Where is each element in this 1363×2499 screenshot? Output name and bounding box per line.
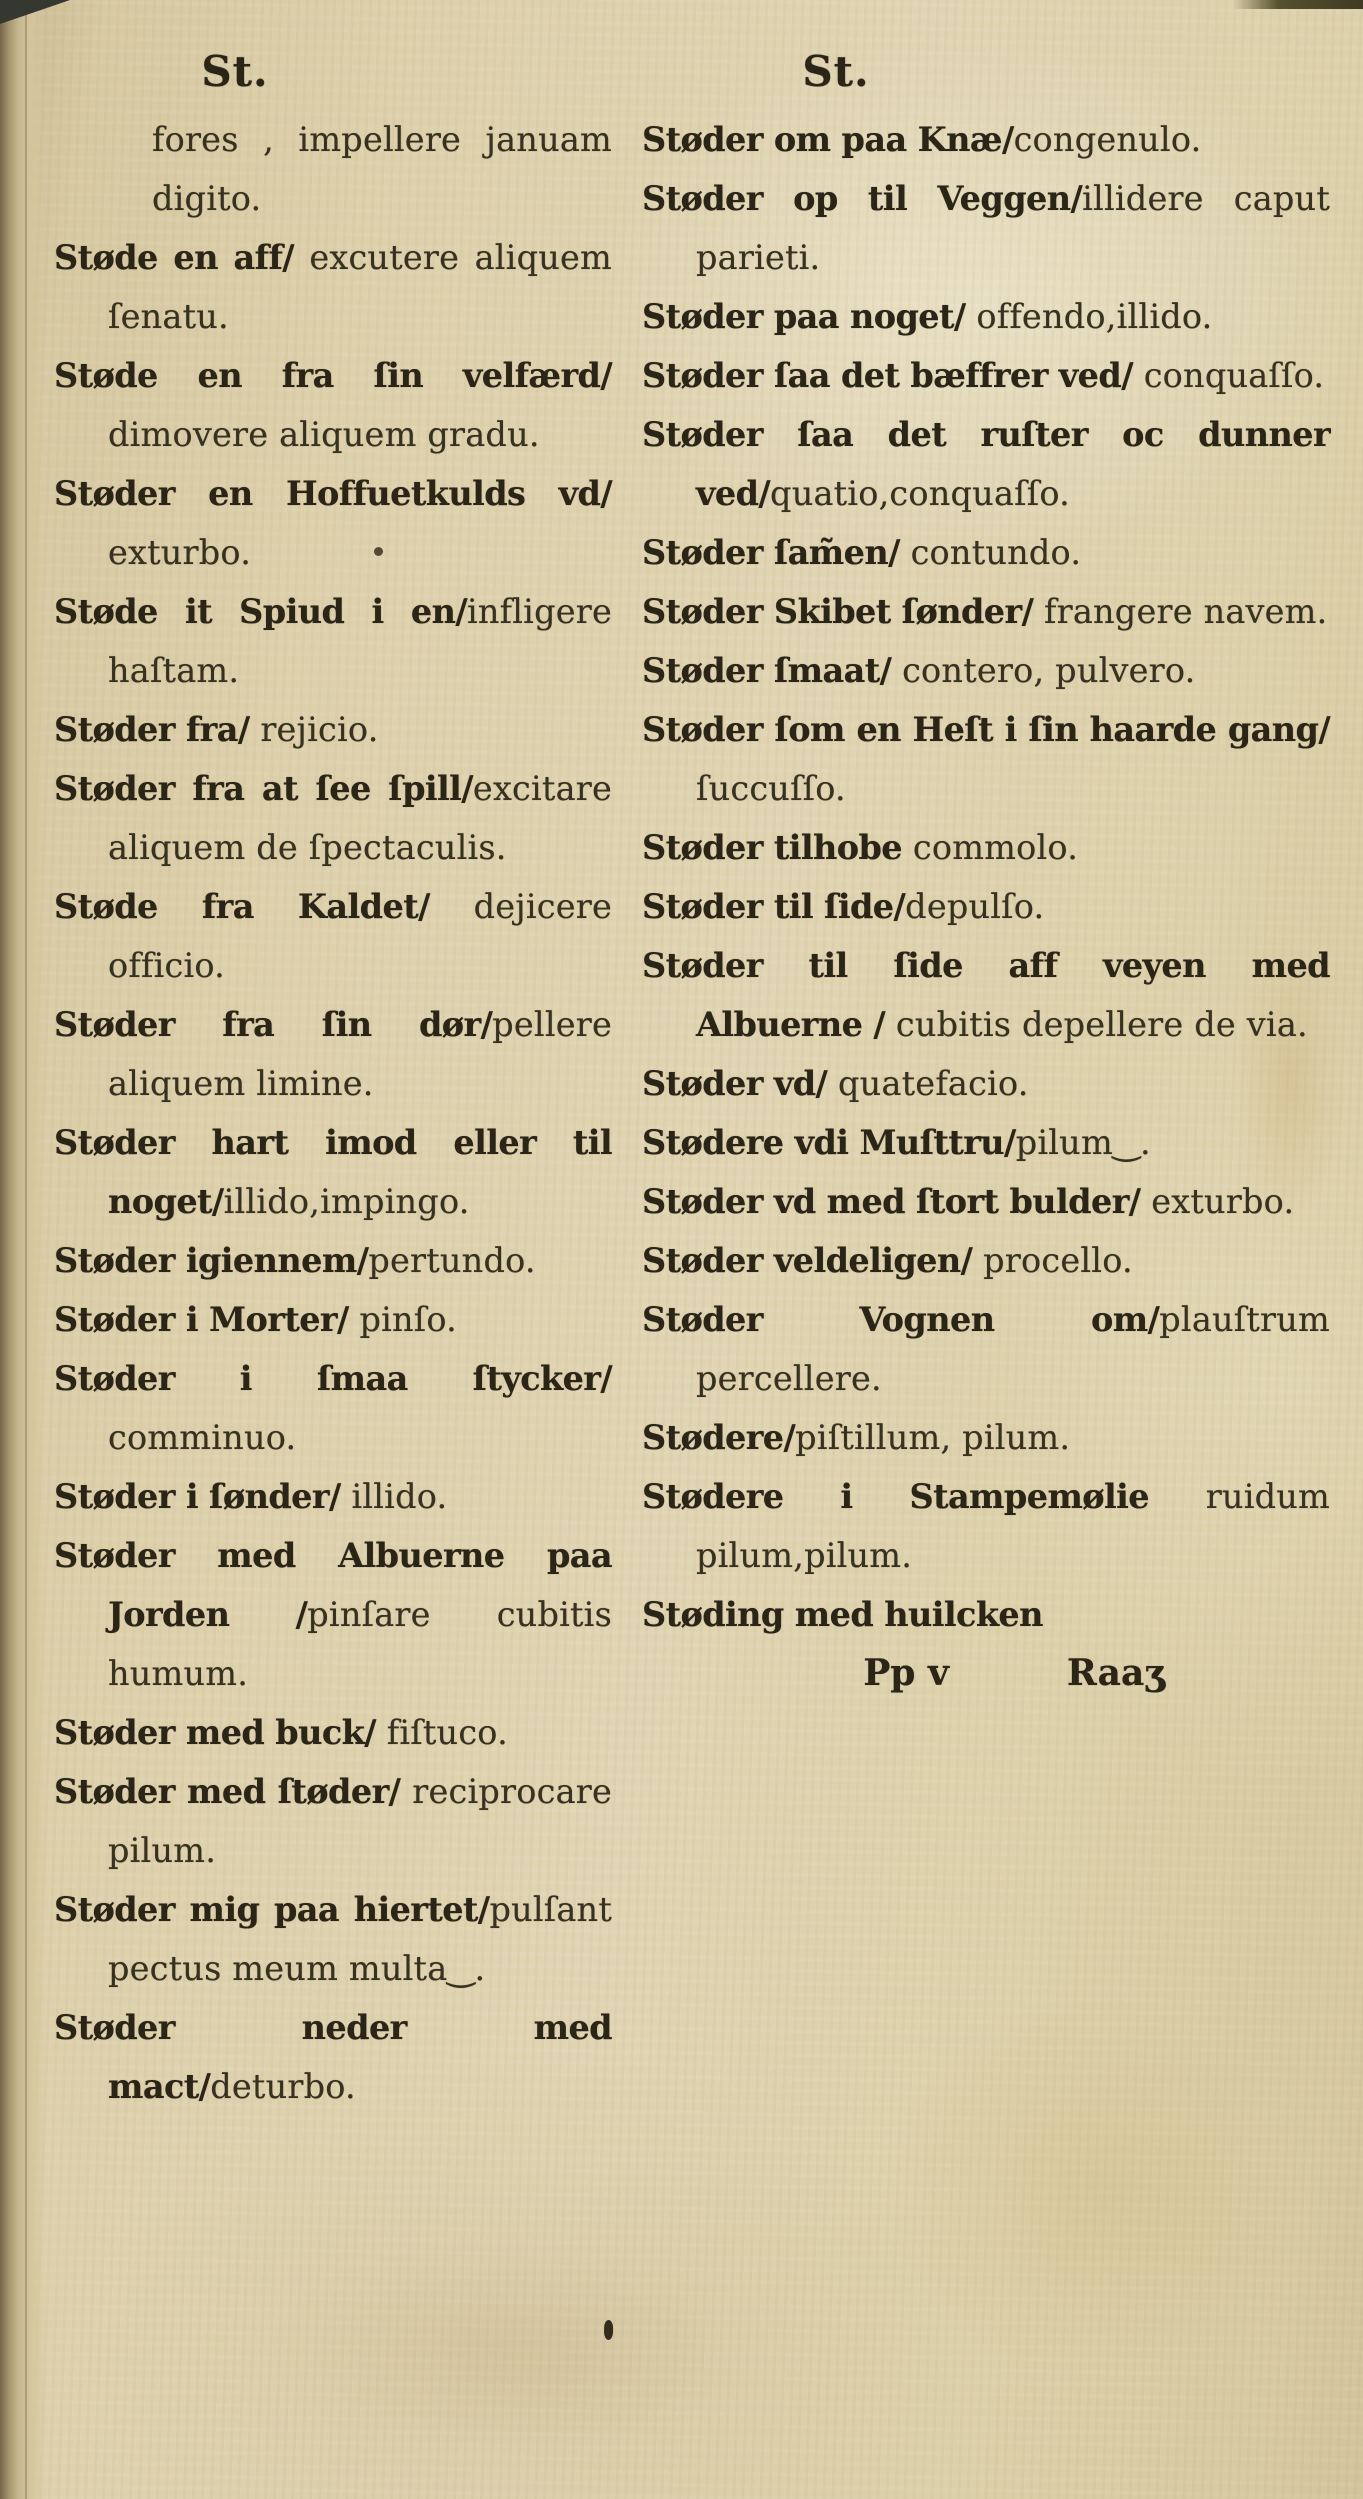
dictionary-entry: Støder Vognen om/plauſtrum percellere. xyxy=(642,1290,1330,1408)
dictionary-entry: Støder om paa Knæ/congenulo. xyxy=(642,110,1330,169)
headword: Støde en fra ſin velfærd/ xyxy=(54,356,612,395)
latin-translation: dimovere aliquem gradu. xyxy=(108,415,540,454)
dictionary-entry: Støder ſaa det ruſter oc dunner ved/quat… xyxy=(642,405,1330,523)
headword: Stødere i Stampemølie xyxy=(642,1477,1149,1516)
headword: Støder fra/ xyxy=(54,710,249,749)
right-column: St. Støder om paa Knæ/congenulo.Støder o… xyxy=(642,44,1330,1703)
latin-translation: exturbo. xyxy=(1140,1182,1294,1221)
paper-stain xyxy=(260,2239,760,2459)
headword: Støder mig paa hiertet/ xyxy=(54,1890,489,1929)
latin-translation: pilum‿. xyxy=(1016,1123,1151,1162)
running-header: St. xyxy=(0,44,514,100)
dictionary-entry: Støde en aff/ excutere aliquem ſenatu. xyxy=(54,228,612,346)
dictionary-entry: Støder ſmaat/ contero, pulvero. xyxy=(642,641,1330,700)
latin-translation: fiſtuco. xyxy=(376,1713,508,1752)
headword: Støder ſam̃en/ xyxy=(642,533,900,572)
entry-list: Støder om paa Knæ/congenulo.Støder op ti… xyxy=(642,110,1330,1644)
dictionary-entry: Støder Skibet ſønder/ frangere navem. xyxy=(642,582,1330,641)
signature-mark: Pp v xyxy=(863,1644,949,1703)
latin-translation: illido. xyxy=(341,1477,448,1516)
headword: Støder vd med ſtort bulder/ xyxy=(642,1182,1140,1221)
headword: Støder i ſmaa ſtycker/ xyxy=(54,1359,612,1398)
latin-translation: exturbo. xyxy=(108,533,251,572)
headword: Stødere/ xyxy=(642,1418,795,1457)
latin-translation: ſuccuſſo. xyxy=(696,769,846,808)
dictionary-entry: Støder igiennem/pertundo. xyxy=(54,1231,612,1290)
latin-translation: contundo. xyxy=(900,533,1081,572)
dictionary-entry: Støder til ſide/depulſo. xyxy=(642,877,1330,936)
dictionary-entry: Støder ſaa det bæffrer ved/ conquaſſo. xyxy=(642,346,1330,405)
dictionary-entry: Støde fra Kaldet/ dejicere officio. xyxy=(54,877,612,995)
latin-translation: procello. xyxy=(972,1241,1133,1280)
headword: Støder til ſide/ xyxy=(642,887,905,926)
dictionary-entry: Stødere vdi Muſttru/pilum‿. xyxy=(642,1113,1330,1172)
dictionary-entry: Støder med buck/ fiſtuco. xyxy=(54,1703,612,1762)
headword: Støder tilhobe xyxy=(642,828,902,867)
headword: Stødere vdi Muſttru/ xyxy=(642,1123,1016,1162)
dictionary-entry: fores , impellere januam digito. xyxy=(54,110,612,228)
dictionary-entry: Støder vd/ quatefacio. xyxy=(642,1054,1330,1113)
dictionary-entry: Støder fra ſin dør/pellere aliquem limin… xyxy=(54,995,612,1113)
headword: Støder ſmaat/ xyxy=(642,651,891,690)
headword: Støde it Spiud i en/ xyxy=(54,592,467,631)
latin-translation: comminuo. xyxy=(108,1418,296,1457)
latin-translation: deturbo. xyxy=(210,2067,356,2106)
headword: Støder veldeligen/ xyxy=(642,1241,972,1280)
headword: Støder med buck/ xyxy=(54,1713,376,1752)
headword: Støder i ſønder/ xyxy=(54,1477,341,1516)
dictionary-entry: Støder neder med mact/deturbo. xyxy=(54,1998,612,2116)
headword: Støder en Hoffuetkulds vd/ xyxy=(54,474,612,513)
latin-translation: depulſo. xyxy=(905,887,1044,926)
running-header: St. xyxy=(492,44,1180,100)
dictionary-entry: Støder en Hoffuetkulds vd/ exturbo. xyxy=(54,464,612,582)
dictionary-entry: Støde en fra ſin velfærd/ dimovere aliqu… xyxy=(54,346,612,464)
left-column: St. fores , impellere januam digito.Stød… xyxy=(54,44,612,2116)
latin-translation: pertundo. xyxy=(368,1241,535,1280)
latin-translation: piſtillum, pilum. xyxy=(795,1418,1070,1457)
latin-translation: pinſo. xyxy=(349,1300,457,1339)
dictionary-entry: Støder i Morter/ pinſo. xyxy=(54,1290,612,1349)
headword: Støder i Morter/ xyxy=(54,1300,349,1339)
dictionary-entry: Støder tilhobe commolo. xyxy=(642,818,1330,877)
dictionary-entry: Støder ſom en Heſt i ſin haarde gang/ſuc… xyxy=(642,700,1330,818)
latin-translation: fores , impellere januam digito. xyxy=(152,120,612,218)
dictionary-entry: Støder mig paa hiertet/pulſant pectus me… xyxy=(54,1880,612,1998)
headword: Støder igiennem/ xyxy=(54,1241,368,1280)
latin-translation: frangere navem. xyxy=(1033,592,1327,631)
dictionary-entry: Støder vd med ſtort bulder/ exturbo. xyxy=(642,1172,1330,1231)
latin-translation: contero, pulvero. xyxy=(891,651,1195,690)
headword: Støder ſom en Heſt i ſin haarde gang/ xyxy=(642,710,1330,749)
latin-translation: illido,impingo. xyxy=(224,1182,470,1221)
headword: Støder Skibet ſønder/ xyxy=(642,592,1033,631)
dictionary-entry: Støder i ſmaa ſtycker/ comminuo. xyxy=(54,1349,612,1467)
headword: Støde fra Kaldet/ xyxy=(54,887,430,926)
headword: Støder paa noget/ xyxy=(642,297,966,336)
dictionary-entry: Støder fra/ rejicio. xyxy=(54,700,612,759)
headword: Støde en aff/ xyxy=(54,238,294,277)
latin-translation: commolo. xyxy=(902,828,1078,867)
dictionary-entry: Støder hart imod eller til noget/illido,… xyxy=(54,1113,612,1231)
headword: Støder fra at ſee ſpill/ xyxy=(54,769,473,808)
signature-line: Pp v Raaʒ xyxy=(670,1644,1358,1703)
dictionary-entry: Støder fra at ſee ſpill/excitare aliquem… xyxy=(54,759,612,877)
dictionary-entry: Støder med Albuerne paa Jorden /pinſare … xyxy=(54,1526,612,1703)
latin-translation: congenulo. xyxy=(1014,120,1202,159)
dictionary-entry: Stødere/piſtillum, pilum. xyxy=(642,1408,1330,1467)
dictionary-entry: Støder veldeligen/ procello. xyxy=(642,1231,1330,1290)
headword: Støder vd/ xyxy=(642,1064,827,1103)
dictionary-entry: Støder op til Veggen/illidere caput pari… xyxy=(642,169,1330,287)
dictionary-entry: Stødere i Stampemølie ruidum pilum,pilum… xyxy=(642,1467,1330,1585)
latin-translation: offendo,illido. xyxy=(966,297,1213,336)
headword: Støder om paa Knæ/ xyxy=(642,120,1014,159)
latin-translation: quatio,conquaſſo. xyxy=(770,474,1070,513)
dictionary-entry: Støder med ſtøder/ reciprocare pilum. xyxy=(54,1762,612,1880)
dictionary-entry: Støde it Spiud i en/infligere haſtam. xyxy=(54,582,612,700)
dictionary-entry: Støder ſam̃en/ contundo. xyxy=(642,523,1330,582)
dictionary-entry: Støder i ſønder/ illido. xyxy=(54,1467,612,1526)
headword: Støding med huilcken xyxy=(642,1595,1043,1634)
page-edge-shadow xyxy=(1233,0,1363,9)
headword: Støder op til Veggen/ xyxy=(642,179,1082,218)
latin-translation: conquaſſo. xyxy=(1133,356,1324,395)
headword: Støder fra ſin dør/ xyxy=(54,1005,492,1044)
binding-gutter-shadow xyxy=(0,0,46,2499)
headword: Støder ſaa det bæffrer ved/ xyxy=(642,356,1133,395)
latin-translation: cubitis depellere de via. xyxy=(885,1005,1308,1044)
entry-list: fores , impellere januam digito.Støde en… xyxy=(54,110,612,2116)
headword: Støder med ſtøder/ xyxy=(54,1772,400,1811)
catchword: Raaʒ xyxy=(1067,1644,1165,1703)
dictionary-entry: Støder til ſide aff veyen med Albuerne /… xyxy=(642,936,1330,1054)
paper-stain xyxy=(883,1999,1303,2379)
dictionary-entry: Støding med huilcken xyxy=(642,1585,1330,1644)
latin-translation: rejicio. xyxy=(249,710,378,749)
latin-translation: quatefacio. xyxy=(827,1064,1028,1103)
dictionary-entry: Støder paa noget/ offendo,illido. xyxy=(642,287,1330,346)
book-page-scan: St. fores , impellere januam digito.Stød… xyxy=(0,0,1363,2499)
headword: Støder Vognen om/ xyxy=(642,1300,1159,1339)
